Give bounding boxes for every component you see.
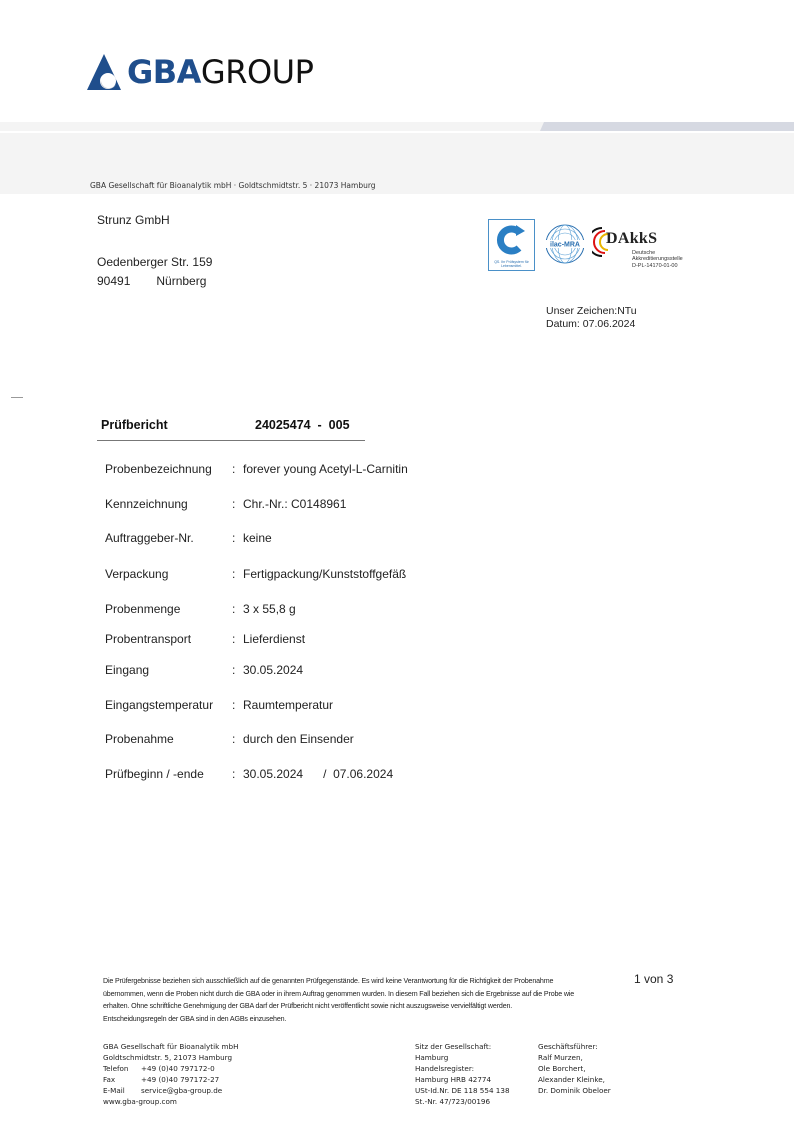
detail-value: 3 x 55,8 g [243,602,296,616]
footer-management-info: Geschäftsführer: Ralf Murzen, Ole Borche… [538,1041,611,1096]
detail-separator: : [232,698,243,712]
detail-separator: : [232,567,243,581]
detail-value: keine [243,531,272,545]
report-title: Prüfbericht [101,418,168,432]
detail-label: Kennzeichnung [105,497,232,511]
company-logo: GBA GROUP [87,52,313,92]
detail-value: forever young Acetyl-L-Carnitin [243,462,408,476]
dakks-accreditation-logo: DAkkS Deutsche Akkreditierungsstelle D-P… [592,222,697,272]
logo-brand-bold: GBA [127,53,201,91]
detail-label: Probenahme [105,732,232,746]
detail-row: Verpackung:Fertigpackung/Kunststoffgefäß [105,567,406,581]
footer-phone: +49 (0)40 797172-0 [141,1063,215,1074]
footer-website-link[interactable]: www.gba-group.com [103,1096,239,1107]
reference-date: Datum: 07.06.2024 [546,318,635,330]
recipient-city: Nürnberg [156,274,206,288]
detail-row: Eingang:30.05.2024 [105,663,303,677]
detail-value: 30.05.2024 [243,663,303,677]
footer-fax: +49 (0)40 797172-27 [141,1074,219,1085]
detail-row: Probenbezeichnung:forever young Acetyl-L… [105,462,408,476]
detail-separator: : [232,632,243,646]
qs-logo-text: QS. Ihr Prüfsystem für Lebensmittel. [489,260,534,268]
footer-registry-info: Sitz der Gesellschaft: Hamburg Handelsre… [415,1041,510,1108]
recipient-city-line: 90491Nürnberg [97,274,206,288]
detail-separator: : [232,663,243,677]
detail-separator: : [232,497,243,511]
recipient-name: Strunz GmbH [97,213,170,227]
logo-brand-light: GROUP [201,53,313,91]
detail-row: Kennzeichnung:Chr.-Nr.: C0148961 [105,497,346,511]
disclaimer: Die Prüfergebnisse beziehen sich ausschl… [103,975,603,1025]
detail-separator: : [232,602,243,616]
detail-row: Probentransport:Lieferdienst [105,632,305,646]
detail-separator: : [232,767,243,781]
ilac-mra-logo-icon: ilac-MRA [544,223,586,265]
detail-row: Probenmenge:3 x 55,8 g [105,602,296,616]
sender-address-line: GBA Gesellschaft für Bioanalytik mbH · G… [90,181,376,190]
detail-row: Probenahme:durch den Einsender [105,732,354,746]
detail-label: Eingangstemperatur [105,698,232,712]
detail-row: Prüfbeginn / -ende:30.05.2024 / 07.06.20… [105,767,393,781]
header-band-accent [540,122,794,131]
detail-value: Fertigpackung/Kunststoffgefäß [243,567,406,581]
footer-email-link[interactable]: service@gba-group.de [141,1085,222,1096]
gba-triangle-logo-icon [87,54,121,90]
detail-label: Probentransport [105,632,232,646]
detail-label: Auftraggeber-Nr. [105,531,232,545]
detail-row: Auftraggeber-Nr.:keine [105,531,272,545]
qs-arrow-icon [489,222,534,260]
detail-value: durch den Einsender [243,732,354,746]
detail-label: Verpackung [105,567,232,581]
detail-label: Probenmenge [105,602,232,616]
detail-row: Eingangstemperatur:Raumtemperatur [105,698,333,712]
report-number: 24025474 - 005 [255,418,350,432]
detail-separator: : [232,462,243,476]
dakks-title: DAkkS [606,230,657,248]
detail-separator: : [232,732,243,746]
recipient-postal-code: 90491 [97,274,130,288]
dakks-subtitle: Deutsche Akkreditierungsstelle D-PL-1417… [632,250,683,269]
fold-mark [11,397,23,398]
qs-certification-logo: QS. Ihr Prüfsystem für Lebensmittel. [488,219,535,271]
title-divider [97,440,365,441]
detail-label: Probenbezeichnung [105,462,232,476]
detail-value: Lieferdienst [243,632,305,646]
recipient-street: Oedenberger Str. 159 [97,255,212,269]
detail-separator: : [232,531,243,545]
detail-label: Eingang [105,663,232,677]
footer-company-info: GBA Gesellschaft für Bioanalytik mbH Gol… [103,1041,239,1108]
detail-value: Raumtemperatur [243,698,333,712]
reference-sign: Unser Zeichen:NTu [546,305,637,317]
detail-value: Chr.-Nr.: C0148961 [243,497,346,511]
detail-value: 30.05.2024 / 07.06.2024 [243,767,393,781]
page-number: 1 von 3 [634,972,673,986]
svg-text:ilac-MRA: ilac-MRA [550,242,580,249]
detail-label: Prüfbeginn / -ende [105,767,232,781]
